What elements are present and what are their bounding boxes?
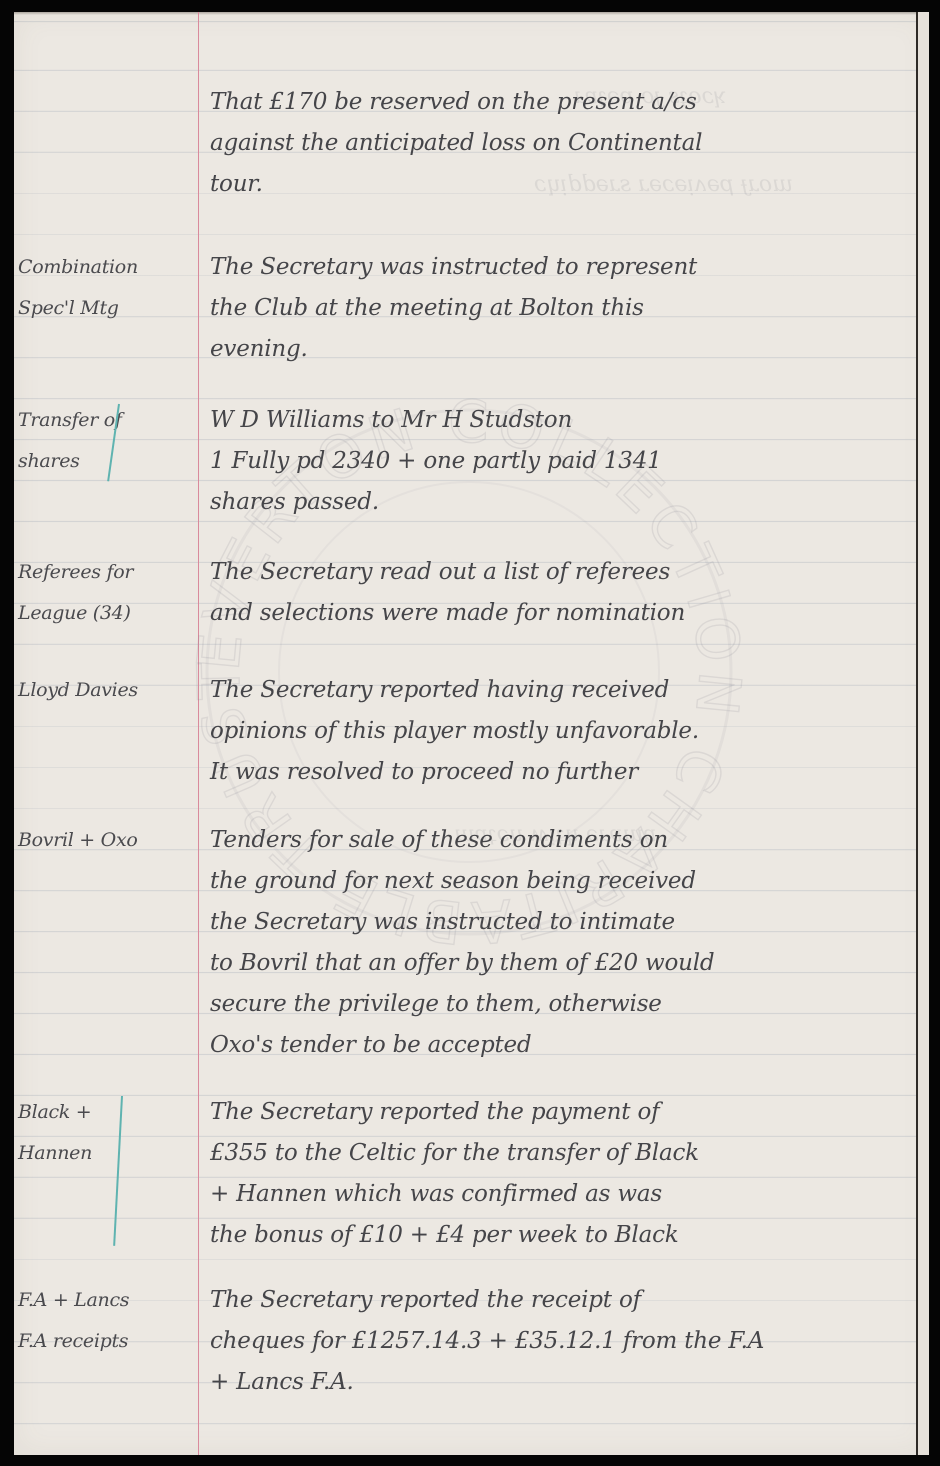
entry-margin-label: Lloyd Davies [18,670,194,711]
entry-margin-label: F.A + Lancs F.A receipts [18,1280,194,1362]
entry-text: Tenders for sale of these condiments on … [210,820,910,1066]
entry-text: The Secretary read out a list of referee… [210,552,910,634]
entry-text: The Secretary reported the payment of £3… [210,1092,910,1256]
red-margin-rule [198,12,199,1455]
page-top-edge [14,12,929,15]
entry-text: The Secretary reported having received o… [210,670,910,793]
entry-margin-label: Transfer of shares [18,400,194,482]
entry-margin-label: Black + Hannen [18,1092,194,1174]
binding-strip [918,12,929,1455]
entry-text: That £170 be reserved on the present a/c… [210,82,910,205]
entry-margin-label: Bovril + Oxo [18,820,194,861]
entry-text: The Secretary was instructed to represen… [210,247,910,370]
entry-margin-label: Referees for League (34) [18,552,194,634]
ledger-page: ʞɔoʇs ɟo pǝʇɐɹ ɯoɹɟ pǝʌᴉǝɔǝɹ sɹǝddᴉɥɔ ɐɯ… [14,12,929,1455]
entry-text: The Secretary reported the receipt of ch… [210,1280,910,1403]
entry-text: W D Williams to Mr H Studston 1 Fully pd… [210,400,910,523]
entry-margin-label: Combination Spec'l Mtg [18,247,194,329]
